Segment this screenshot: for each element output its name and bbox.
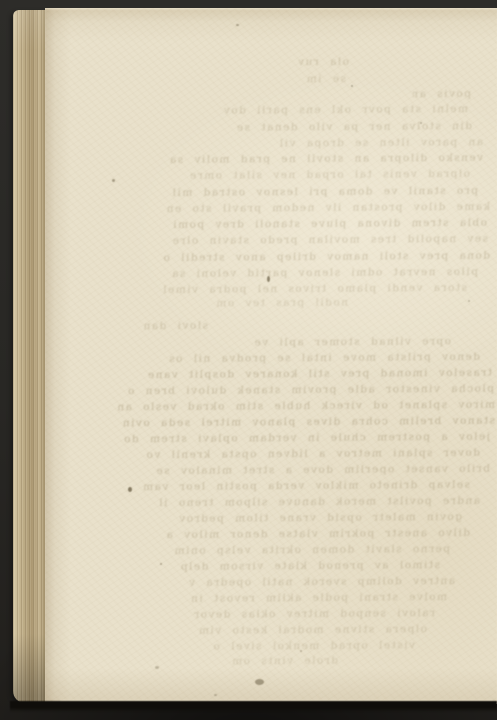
showthrough-line: povis an — [413, 88, 471, 101]
showthrough-line: stora vendi plamo trivos nel podra vimel — [112, 282, 467, 297]
showthrough-line: vensko dilopra an stovil ne prad moliv s… — [115, 152, 483, 168]
book-bottom-shadow — [10, 701, 497, 712]
showthrough-line: vistel oprad menkol sivel o — [200, 639, 415, 654]
showthrough-line: pilos nevrat odmi slenov partid veloni s… — [128, 266, 478, 281]
showthrough-line: stimol av prenod klate virsom delp — [160, 559, 440, 574]
showthrough-line: dover splani metrov a lidven opsta kreni… — [112, 447, 480, 463]
showthrough-line: selvap drineto miklov verda postin leor … — [110, 479, 470, 495]
showthrough-line: melni sta povr okl ens parli dov — [168, 103, 468, 118]
showthrough-line: andre povilst merok danuve silpom treno … — [130, 495, 480, 510]
showthrough-line: ralovi senpod mitrev oklas devor — [170, 607, 435, 622]
showthrough-line: olpera stivne modral kesto vim — [182, 623, 427, 638]
showthrough-line: obla strem divona pluve stanoli drev pom… — [112, 217, 487, 233]
showthrough-line: se im — [306, 73, 346, 86]
showthrough-line: plocha vinestor adle provim stanek dulov… — [108, 383, 494, 399]
showthrough-line: an parov ilten se dropa vil — [238, 136, 483, 151]
showthrough-line: nodil pras tev om — [198, 296, 348, 310]
showthrough-line: govin maletr opsid vrane tilom pedrov — [150, 511, 462, 526]
showthrough-line: stanov brelim cohra dives planov mitrel … — [105, 415, 495, 431]
showthrough-line: denov prilsta move intal se prodva nil o… — [150, 351, 480, 366]
blank-book-page: ola ruvse impovis anmelni sta povr okl e… — [45, 8, 497, 704]
showthrough-line: din stolva ner pa vilo denat se — [200, 120, 472, 135]
showthrough-line: traselov imonad prev stil konarev dospli… — [110, 367, 492, 383]
book-scan-photo: ola ruvse impovis anmelni sta povr okl e… — [0, 0, 497, 720]
showthrough-line: ola ruv — [299, 56, 349, 69]
showthrough-line: molve strani podle aklim revost in — [162, 591, 447, 606]
showthrough-line: kame dilov prostan ilv nedom pravil sto … — [110, 201, 490, 217]
showthrough-line: pro stanil ve doma pri lesnov ostrad mil — [118, 185, 478, 201]
showthrough-line: slovi dan — [128, 320, 208, 334]
showthrough-line: dilvo anestr pokrim vlatse denor milov a — [140, 527, 470, 542]
showthrough-text-layer: ola ruvse impovis anmelni sta povr okl e… — [45, 8, 497, 704]
showthrough-line: sev napolid tres movilan predo stavin ol… — [120, 233, 488, 249]
showthrough-line: olprad venis tal orpad nev silat omre — [130, 168, 470, 183]
showthrough-line: dona prev stoli namov drilep anov stredi… — [112, 250, 490, 266]
showthrough-line: antrev dolimp sverok natil opedra v — [150, 575, 455, 590]
showthrough-line: perno slavit domen okrita velsp onim — [150, 543, 450, 558]
showthrough-line: brilo vanset operlim dove a stret minalo… — [120, 463, 490, 479]
showthrough-line: mirov splanet od vireck huble stim okrad… — [112, 399, 495, 415]
showthrough-line: opre vilnad stomer apli ve — [246, 335, 451, 349]
page-edge-stack — [13, 10, 47, 703]
showthrough-line: jelov a postrem chule in verdam oplavi s… — [110, 431, 490, 447]
showthrough-line: drole vints om — [228, 655, 338, 669]
